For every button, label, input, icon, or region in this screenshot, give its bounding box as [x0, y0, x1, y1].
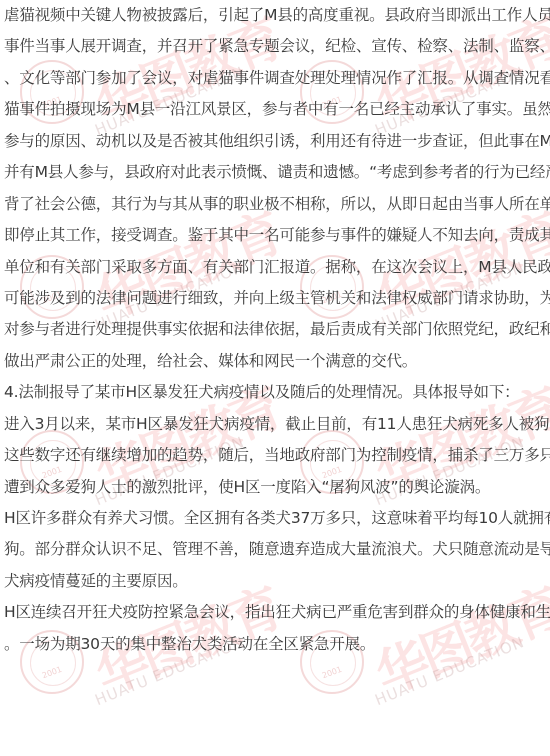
text-line: 参与的原因、动机以及是否被其他组织引诱，利用还有待进一步查证，但此事在M县发生: [4, 126, 550, 157]
text-line: 猫事件拍摄现场为M县一沿江风景区，参与者中有一名已经主动承认了事实。虽然参与者: [4, 94, 550, 125]
text-line: 这些数字还有继续增加的趋势，随后，当地政府部门为控制疫情，捕杀了三万多只狗，: [4, 440, 550, 471]
text-line: 犬病疫情蔓延的主要原因。: [4, 566, 550, 597]
text-line: 虐猫视频中关键人物被披露后，引起了M县的高度重视。县政府当即派出工作人员对虐猫: [4, 0, 550, 31]
document-page: 2001 华图教育 HUATU EDUCATION 2001 华图教育 HUAT…: [0, 0, 550, 756]
text-line: 背了社会公德，其行为与其从事的职业极不相称，所以，从即日起由当事人所在单位立: [4, 189, 550, 220]
text-line: 。一场为期30天的集中整治犬类活动在全区紧急开展。: [4, 629, 550, 660]
text-line: 做出严肃公正的处理，给社会、媒体和网民一个满意的交代。: [4, 346, 550, 377]
text-line: 、文化等部门参加了会议，对虐猫事件调查处理处理情况作了汇报。从调查情况看，虐: [4, 63, 550, 94]
section-heading: 4.法制报导了某市H区暴发狂犬病疫情以及随后的处理情况。具体报导如下：: [4, 377, 550, 408]
text-line: H区许多群众有养犬习惯。全区拥有各类犬37万多只，这意味着平均每10人就拥有一只: [4, 503, 550, 534]
text-line: 即停止其工作，接受调查。鉴于其中一名可能参与事件的嫌疑人不知去向，责成其所在: [4, 220, 550, 251]
text-line: 遭到众多爱狗人士的激烈批评，使H区一度陷入“屠狗风波”的舆论漩涡。: [4, 472, 550, 503]
text-line: 狗。部分群众认识不足、管理不善，随意遗弃造成大量流浪犬。犬只随意流动是导致狂: [4, 534, 550, 565]
text-line: 对参与者进行处理提供事实依据和法律依据，最后责成有关部门依照党纪，政纪和法律: [4, 314, 550, 345]
document-body: 虐猫视频中关键人物被披露后，引起了M县的高度重视。县政府当即派出工作人员对虐猫 …: [4, 0, 550, 660]
text-line: 单位和有关部门采取多方面、有关部门汇报道。据称，在这次会议上，M县人民政府还对: [4, 252, 550, 283]
text-line: 可能涉及到的法律问题进行细致，并向上级主管机关和法律权威部门请求协助，为今后: [4, 283, 550, 314]
text-line: H区连续召开狂犬疫防控紧急会议，指出狂犬病已严重危害到群众的身体健康和生命安全: [4, 597, 550, 628]
text-line: 并有M县人参与，县政府对此表示愤慨、谴责和遗憾。“考虑到参考者的行为已经严重违: [4, 157, 550, 188]
text-line: 进入3月以来，某市H区暴发狂犬病疫情，截止目前，有11人患狂犬病死多人被狗咬伤，: [4, 409, 550, 440]
text-line: 事件当事人展开调查，并召开了紧急专题会议，纪检、宣传、检察、法制、监察、公安: [4, 31, 550, 62]
